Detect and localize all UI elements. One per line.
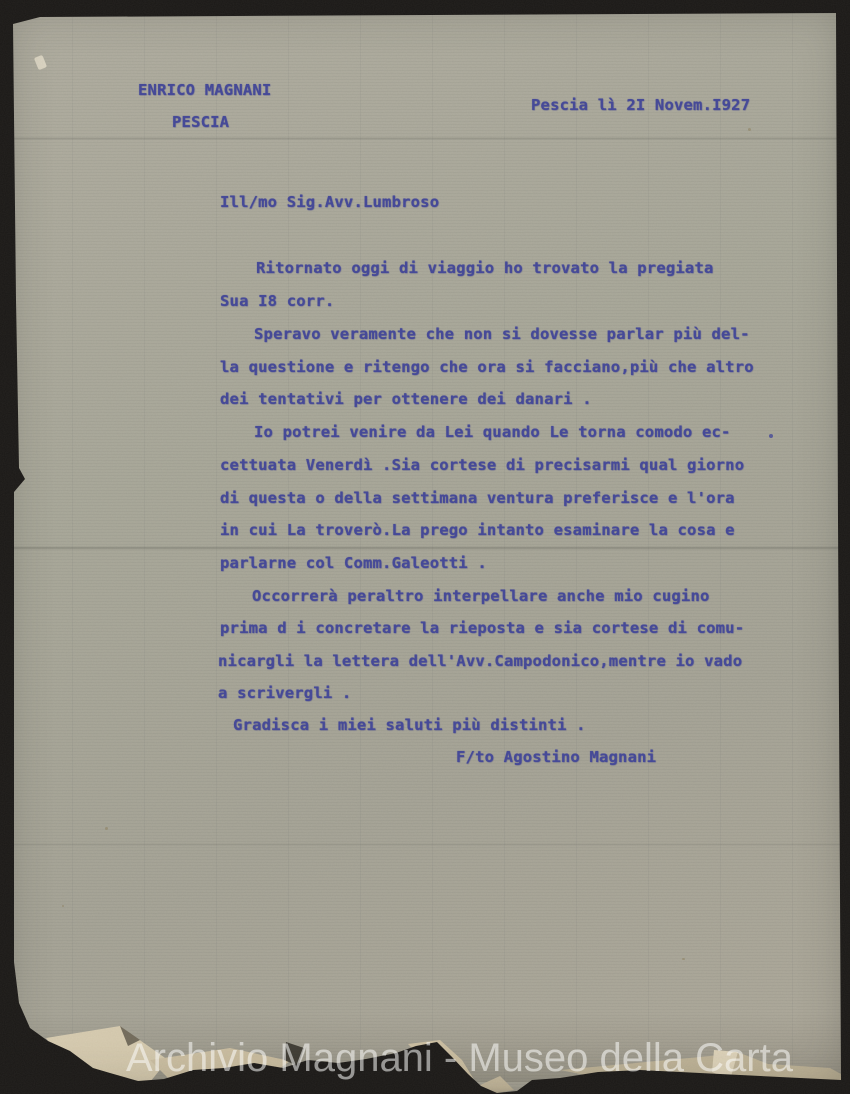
corner-chip (34, 55, 47, 70)
torn-paper-flap (0, 0, 850, 1094)
letter-line: prima d i concretare la rieposta e sia c… (220, 620, 744, 636)
paper-speck (682, 958, 685, 960)
letter-line: nicargli la lettera dell'Avv.Campodonico… (218, 653, 742, 669)
chain-lines-texture (0, 0, 850, 1094)
letter-line: parlarne col Comm.Galeotti . (220, 555, 487, 571)
letter-paper: ENRICO MAGNANI PESCIA Pescia lì 2I Novem… (0, 0, 850, 1094)
letter-line: Ritornato oggi di viaggio ho trovato la … (256, 260, 714, 276)
fold-crease (0, 546, 850, 550)
letter-line: di questa o della settimana ventura pref… (220, 490, 735, 506)
salutation-line: Ill/mo Sig.Avv.Lumbroso (220, 194, 439, 210)
date-line: Pescia lì 2I Novem.I927 (531, 97, 750, 113)
letter-line: la questione e ritengo che ora si faccia… (220, 359, 754, 375)
torn-paper-flap (0, 0, 850, 1094)
fold-shadow (0, 0, 850, 1094)
letter-line: Io potrei venire da Lei quando Le torna … (254, 424, 731, 440)
letter-line: Speravo veramente che non si dovesse par… (254, 326, 750, 342)
archive-watermark: Archivio Magnani - Museo della Carta (126, 1036, 793, 1081)
fold-shadow (0, 0, 850, 1094)
letterhead-name: ENRICO MAGNANI (138, 82, 271, 98)
letter-line: a scrivergli . (218, 685, 351, 701)
stray-ink-dot (769, 434, 773, 438)
torn-paper-flap (0, 0, 850, 1094)
laid-paper-texture (0, 0, 850, 1094)
scanned-letter-photo: ENRICO MAGNANI PESCIA Pescia lì 2I Novem… (0, 0, 850, 1094)
fold-crease (0, 137, 850, 140)
paper-speck (748, 128, 751, 131)
fold-shadow (0, 0, 850, 1094)
letter-line: dei tentativi per ottenere dei danari . (220, 391, 592, 407)
torn-paper-flap (0, 0, 850, 1094)
letter-line: Occorrerà peraltro interpellare anche mi… (252, 588, 710, 604)
torn-paper-flap (0, 0, 850, 1094)
paper-speck (105, 827, 108, 830)
fold-crease (0, 843, 850, 846)
letter-line: in cui La troverò.La prego intanto esami… (220, 522, 735, 538)
letter-line: cettuata Venerdì .Sia cortese di precisa… (220, 457, 744, 473)
letter-line: Sua I8 corr. (220, 293, 334, 309)
letterhead-city: PESCIA (172, 114, 229, 130)
signature-line: F/to Agostino Magnani (456, 749, 656, 765)
closing-line: Gradisca i miei saluti più distinti . (233, 717, 586, 733)
edge-vignette (0, 0, 850, 1094)
paper-grain (0, 0, 850, 1094)
paper-speck (62, 905, 64, 907)
